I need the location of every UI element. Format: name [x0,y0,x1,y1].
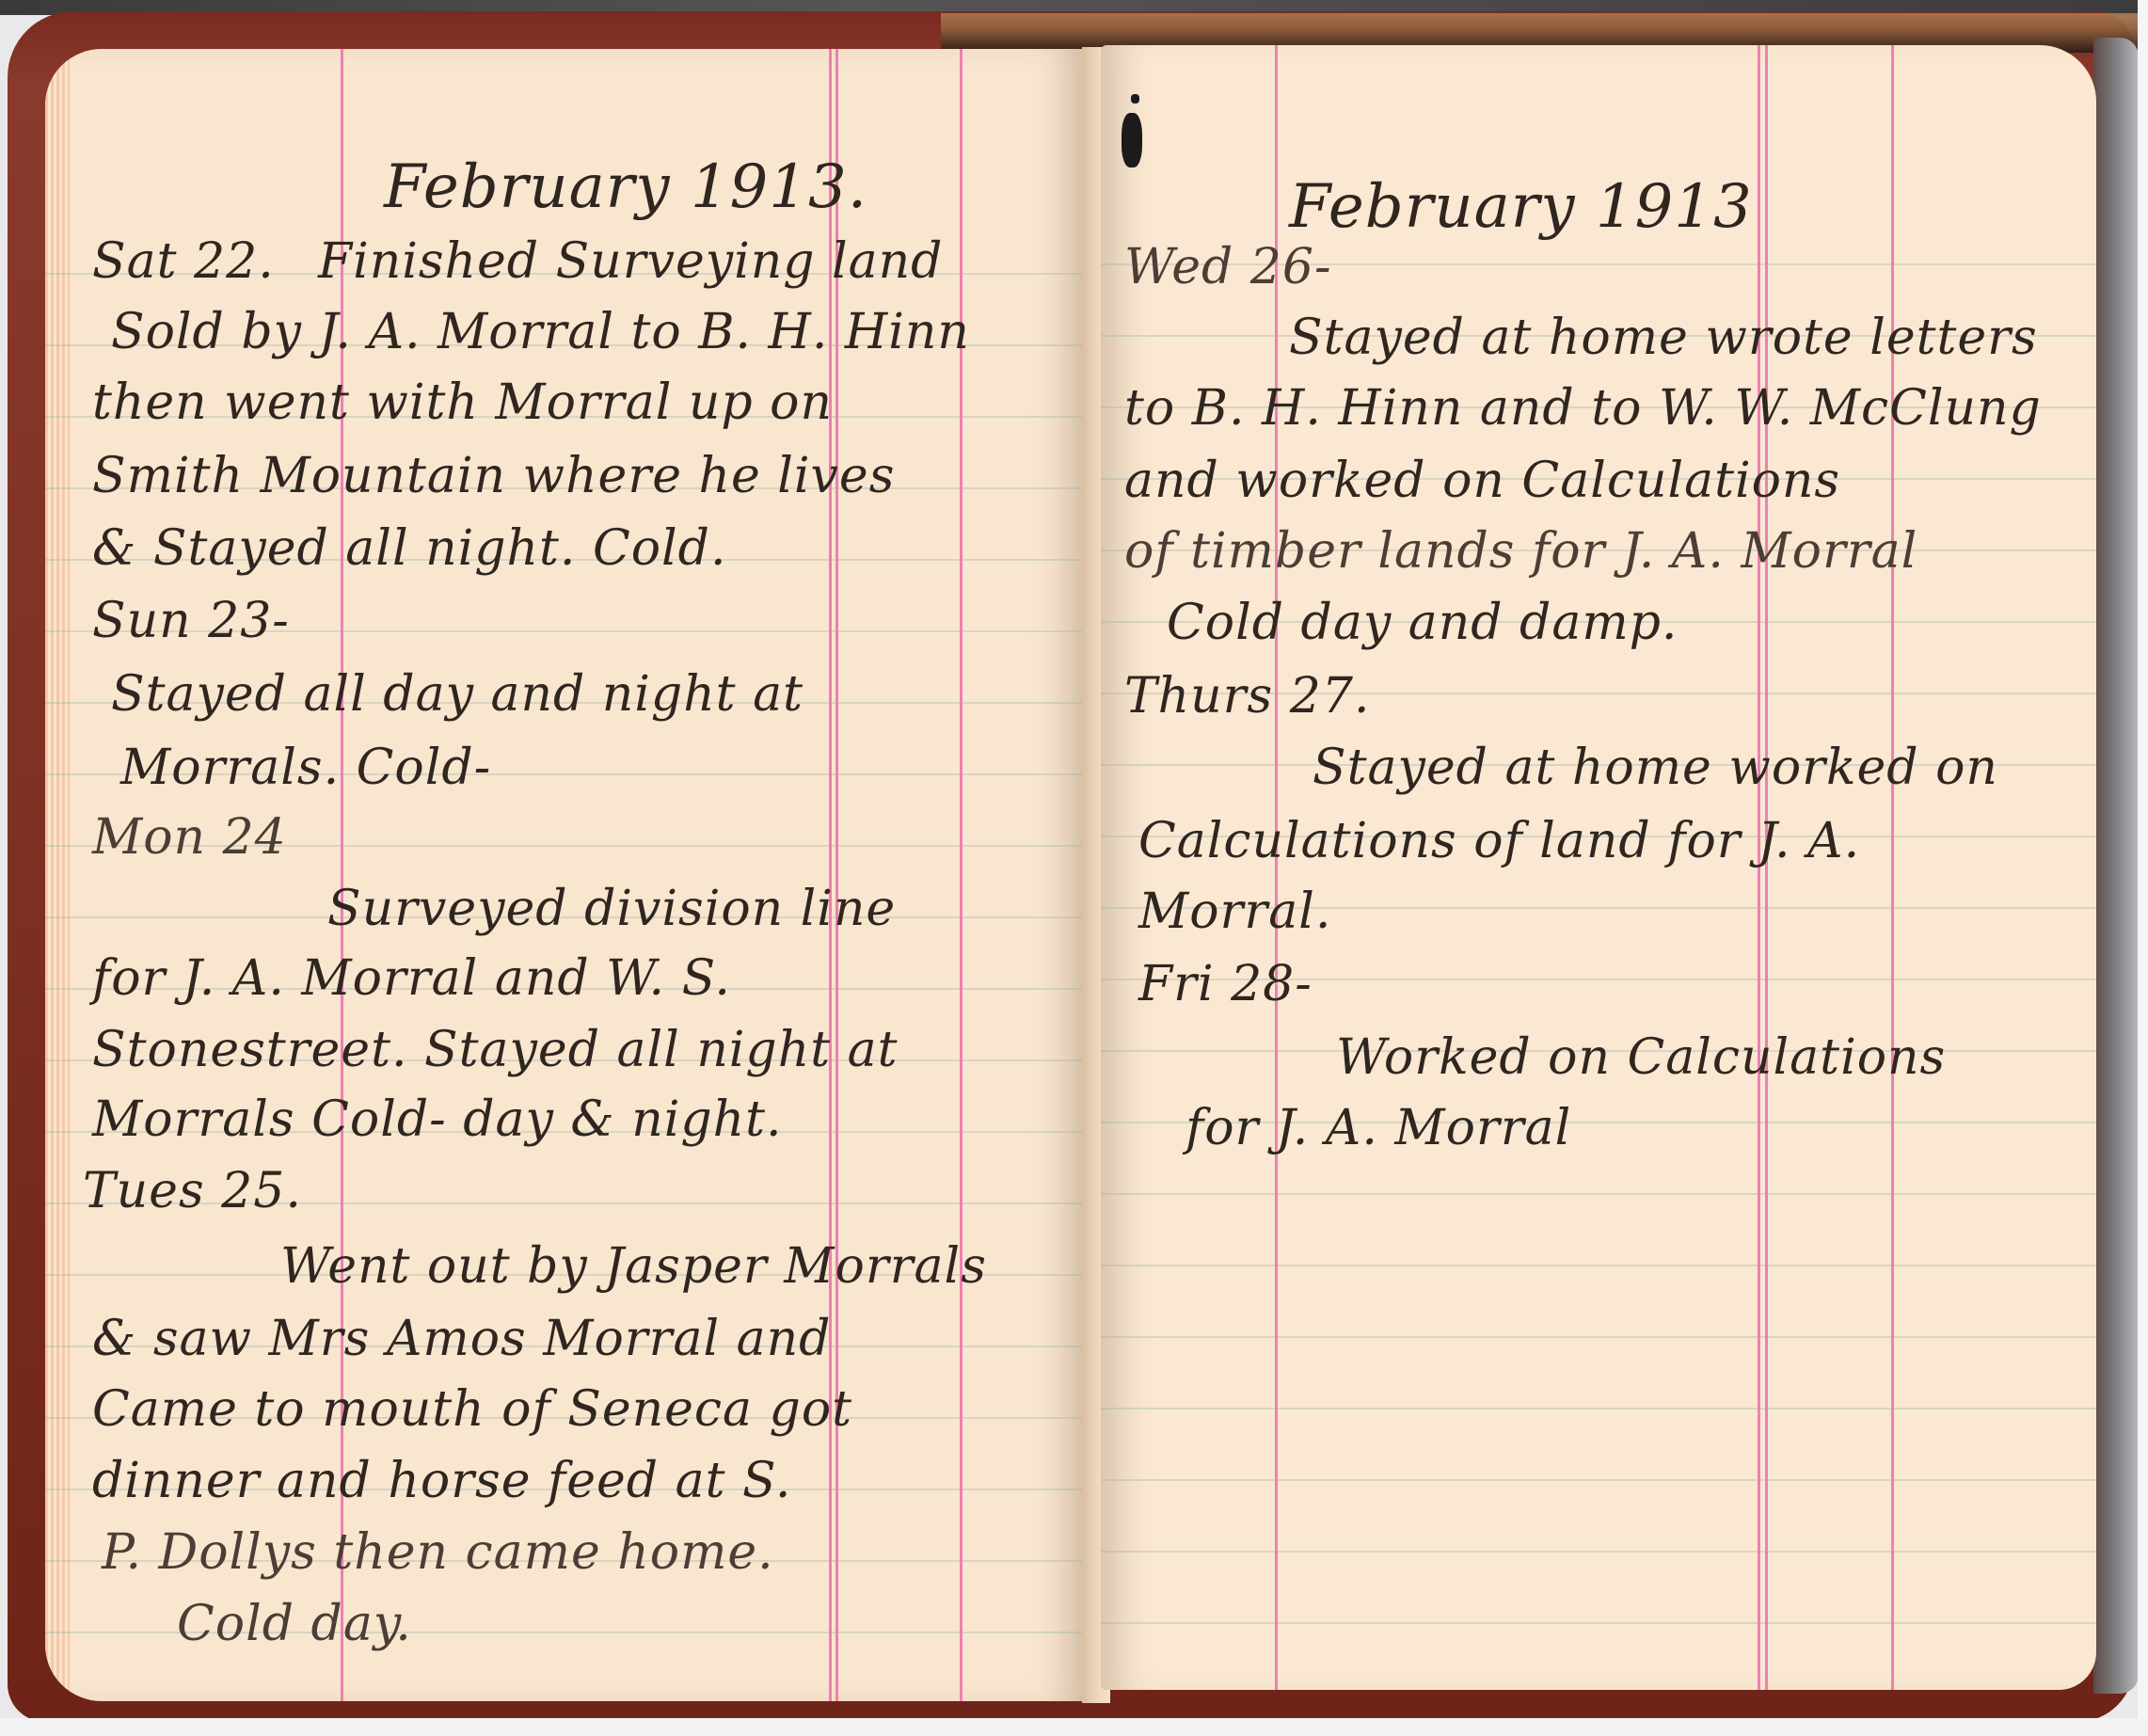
entry-line: Stayed at home wrote letters [1289,313,2038,362]
entry-date: Sat 22. [92,237,275,286]
entry-line: for J. A. Morral and W. S. [92,954,731,1003]
entry-line: dinner and horse feed at S. [92,1457,791,1505]
entry-line: & saw Mrs Amos Morral and [92,1314,831,1363]
scan-margin-bottom [0,1718,2148,1736]
scan-margin-right [2138,0,2148,1736]
page-title: February 1913 [1289,177,1753,237]
entry-line: & Stayed all night. Cold. [92,524,727,573]
entry-line: of timber lands for J. A. Morral [1124,527,1917,576]
ruled-line [1101,1408,2096,1410]
entry-line: Cold day. [177,1600,412,1648]
entry-line: then went with Morral up on [92,378,833,427]
ink-blot [1122,113,1142,167]
entry-line: Surveyed division line [327,884,896,933]
entry-line: Cold day and damp. [1167,598,1678,647]
entry-line: Stayed at home worked on [1313,743,1998,792]
entry-date: Tues 25. [83,1167,302,1216]
entry-line: and worked on Calculations [1124,456,1840,505]
entry-line: Came to mouth of Seneca got [92,1385,852,1434]
page-edges [45,49,70,1701]
entry-line: P. Dollys then came home. [102,1528,774,1577]
column-rule [835,49,838,1701]
entry-line: Finished Surveying land [318,237,943,286]
ruled-line [1101,1551,2096,1553]
entry-date: Sun 23- [92,597,290,645]
entry-line: Morral. [1138,887,1331,936]
right-page: February 1913 Wed 26- Stayed at home wro… [1101,45,2096,1690]
ruled-line [1101,1265,2096,1266]
entry-line: to B. H. Hinn and to W. W. McClung [1124,384,2042,433]
column-rule [1891,45,1894,1690]
entry-line: Sold by J. A. Morral to B. H. Hinn [111,308,970,357]
column-rule [960,49,963,1701]
ruled-line [1101,1479,2096,1481]
page-title: February 1913. [384,157,867,217]
entry-date: Wed 26- [1124,243,1332,292]
entry-line: Morrals Cold- day & night. [92,1095,783,1144]
entry-line: Stonestreet. Stayed all night at [92,1026,899,1075]
entry-line: for J. A. Morral [1185,1104,1571,1153]
entry-line: Went out by Jasper Morrals [280,1242,987,1291]
entry-line: Stayed all day and night at [111,670,804,719]
cover-right-edge [2093,38,2139,1694]
entry-date: Mon 24 [92,813,287,862]
left-page: February 1913. Sat 22. Finished Surveyin… [45,49,1090,1701]
entry-date: Thurs 27. [1124,672,1370,721]
column-rule [829,49,832,1701]
entry-line: Worked on Calculations [1336,1033,1946,1082]
ruled-line [1101,1336,2096,1338]
entry-date: Fri 28- [1138,960,1313,1009]
ink-dot [1131,94,1139,104]
ruled-line [1101,1193,2096,1195]
ruled-line [1101,1622,2096,1624]
entry-line: Smith Mountain where he lives [92,452,895,501]
entry-line: Morrals. Cold- [120,743,491,792]
entry-line: Calculations of land for J. A. [1138,817,1860,866]
